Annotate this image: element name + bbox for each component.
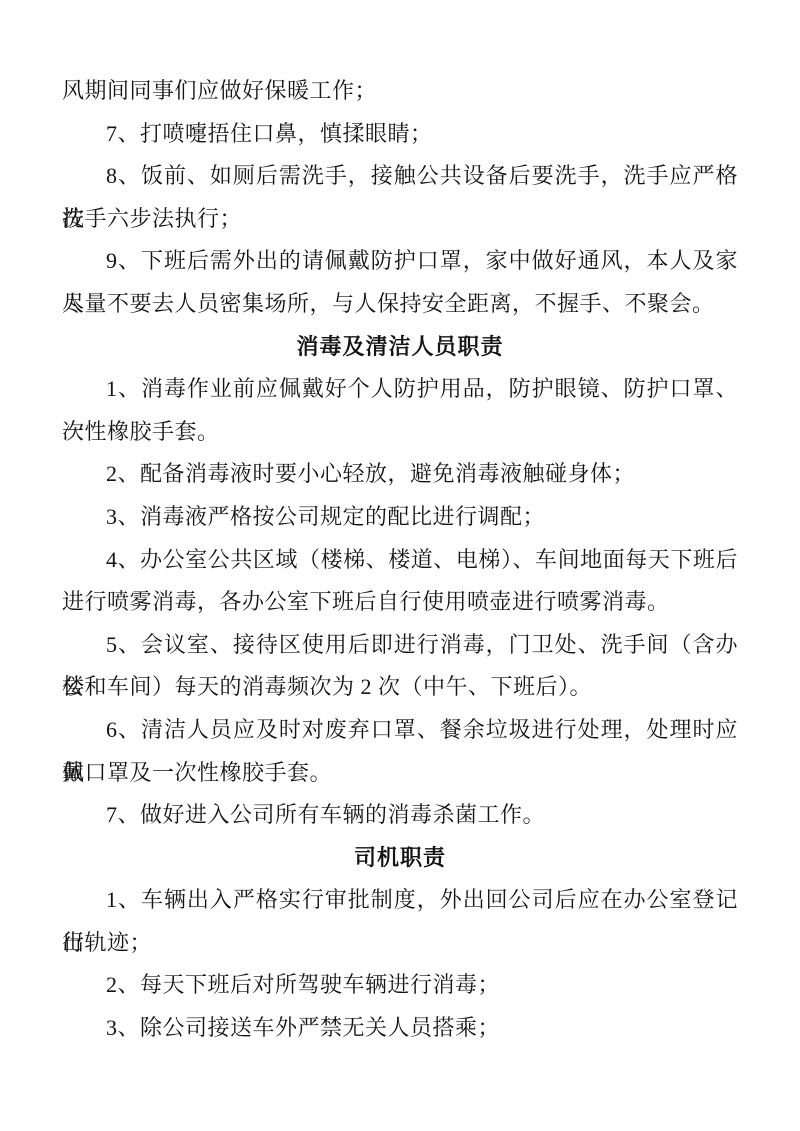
driver-item-1: 1、车辆出入严格实行审批制度，外出回公司后应在办公室登记出 bbox=[62, 879, 738, 922]
driver-item-3: 3、除公司接送车外严禁无关人员搭乘； bbox=[62, 1007, 738, 1050]
body-line-item-8-continuation: 洗手六步法执行； bbox=[62, 198, 738, 241]
disinfection-item-1-continuation: 次性橡胶手套。 bbox=[62, 411, 738, 454]
driver-item-2: 2、每天下班后对所驾驶车辆进行消毒； bbox=[62, 964, 738, 1007]
disinfection-item-3: 3、消毒液严格按公司规定的配比进行调配； bbox=[62, 496, 738, 539]
body-line-item-8: 8、饭前、如厕后需洗手，接触公共设备后要洗手，洗手应严格按 bbox=[62, 155, 738, 198]
section-heading-driver: 司机职责 bbox=[62, 837, 738, 880]
disinfection-item-4-continuation: 进行喷雾消毒，各办公室下班后自行使用喷壶进行喷雾消毒。 bbox=[62, 581, 738, 624]
document-page: 风期间同事们应做好保暖工作； 7、打喷嚏捂住口鼻，慎揉眼睛； 8、饭前、如厕后需… bbox=[0, 0, 800, 1131]
disinfection-item-7: 7、做好进入公司所有车辆的消毒杀菌工作。 bbox=[62, 794, 738, 837]
disinfection-item-6: 6、清洁人员应及时对废弃口罩、餐余垃圾进行处理，处理时应佩 bbox=[62, 709, 738, 752]
disinfection-item-1: 1、消毒作业前应佩戴好个人防护用品，防护眼镜、防护口罩、一 bbox=[62, 368, 738, 411]
section-heading-disinfection: 消毒及清洁人员职责 bbox=[62, 326, 738, 369]
driver-item-1-continuation: 行轨迹； bbox=[62, 922, 738, 965]
body-line-item-7: 7、打喷嚏捂住口鼻，慎揉眼睛； bbox=[62, 113, 738, 156]
disinfection-item-4: 4、办公室公共区域（楼梯、楼道、电梯）、车间地面每天下班后 bbox=[62, 539, 738, 582]
disinfection-item-6-continuation: 戴口罩及一次性橡胶手套。 bbox=[62, 752, 738, 795]
disinfection-item-2: 2、配备消毒液时要小心轻放，避免消毒液触碰身体； bbox=[62, 453, 738, 496]
disinfection-item-5-continuation: 楼和车间）每天的消毒频次为 2 次（中午、下班后）。 bbox=[62, 666, 738, 709]
body-line-item-9-continuation: 尽量不要去人员密集场所，与人保持安全距离，不握手、不聚会。 bbox=[62, 283, 738, 326]
disinfection-item-5: 5、会议室、接待区使用后即进行消毒，门卫处、洗手间（含办公 bbox=[62, 624, 738, 667]
body-line-item-9: 9、下班后需外出的请佩戴防护口罩，家中做好通风，本人及家人 bbox=[62, 240, 738, 283]
body-line-continuation: 风期间同事们应做好保暖工作； bbox=[62, 70, 738, 113]
